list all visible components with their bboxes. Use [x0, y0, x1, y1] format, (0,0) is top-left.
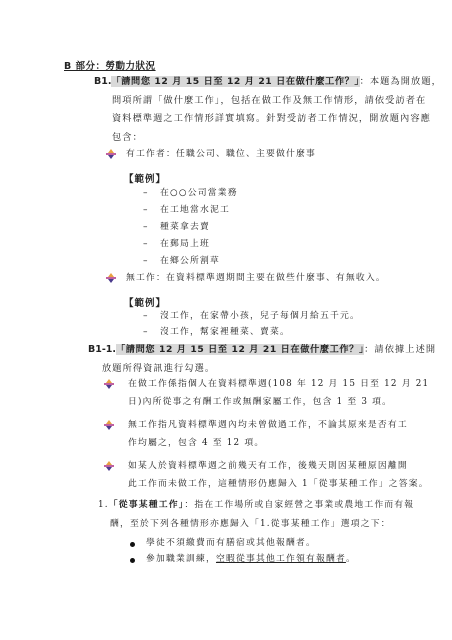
b1-question: 「請問您 12 月 15 日至 12 月 21 日在做什麼工作？」 [111, 76, 359, 87]
b1-1-paragraph: B1-1.「請問您 12 月 15 日至 12 月 21 日在做什麼工作？」：請… [88, 341, 408, 378]
b1-1-item-line: 作均屬之，包含 4 至 12 項。 [128, 435, 264, 451]
b1-1-item-line: 無工作指凡資料標準週內均未曾做過工作，不論其原來是否有工 [128, 417, 408, 433]
item1-number: 1. [98, 500, 109, 510]
dash-icon: – [143, 256, 148, 266]
b1-line1-rest: ：本題為開放題， [360, 76, 442, 87]
dash-icon: – [143, 188, 148, 198]
item1-line1: 1.「從事某種工作」：指在工作場所或自家經營之事業或農地工作而有報 [98, 497, 414, 513]
item1-bullet-plain: 參加職業訓練， [146, 554, 216, 564]
b1-line2: 問項所謂「做什麼工作」，包括在做工作及無工作情形，請依受訪者在 [94, 92, 394, 111]
item1-line2: 酬，至於下列各種情形亦應歸入「1.從事某種工作」選項之下： [110, 516, 391, 532]
b1-number: B1. [94, 76, 111, 87]
b1-line4: 包含： [94, 129, 394, 148]
item1-term: 「從事某種工作」 [109, 500, 185, 510]
dash-icon: – [143, 205, 148, 215]
example-item: 在郵局上班 [160, 236, 210, 252]
no-work-text: 無工作：在資料標準週期間主要在做些什麼事、有無收入。 [126, 270, 386, 286]
item1-bullet: 參加職業訓練，空暇從事其他工作領有報酬者。 [146, 551, 356, 567]
b1-1-question: 「請問您 12 月 15 日至 12 月 21 日在做什麼工作？」 [116, 344, 364, 355]
b1-1-item-line: 在做工作係指個人在資料標準週(108 年 12 月 15 日至 12 月 21 [128, 376, 429, 392]
no-work-example-label: 【範例】 [124, 295, 166, 309]
b1-paragraph: B1.「請問您 12 月 15 日至 12 月 21 日在做什麼工作？」：本題為… [94, 73, 394, 147]
b1-1-line1-rest: ：請依據上述開 [364, 344, 436, 355]
document-page: B 部分：勞動力狀況 B1.「請問您 12 月 15 日至 12 月 21 日在… [0, 0, 452, 640]
has-work-example-label: 【範例】 [124, 171, 166, 185]
arrow-bullet-icon [104, 461, 114, 471]
dash-icon: – [143, 222, 148, 232]
b1-1-item-line: 如某人於資料標準週之前幾天有工作，後幾天則因某種原因離開 [128, 458, 408, 474]
has-work-text: 有工作者：任職公司、職位、主要做什麼事 [126, 146, 316, 162]
arrow-bullet-icon [104, 379, 114, 389]
example-item: 種菜拿去賣 [160, 219, 210, 235]
dash-icon: – [143, 311, 148, 321]
item1-bullet-tail: 。 [346, 554, 356, 564]
item1-line1-rest: ：指在工作場所或自家經營之事業或農地工作而有報 [184, 500, 414, 510]
bullet-dot-icon [130, 558, 135, 563]
b1-1-number: B1-1. [88, 344, 116, 355]
bullet-dot-icon [130, 542, 135, 547]
b1-1-item-line: 日)內所從事之有酬工作或無酬家屬工作，包含 1 至 3 項。 [128, 394, 392, 410]
example-item: 在工地當水泥工 [160, 202, 230, 218]
item1-bullet: 學徒不須繳費而有膳宿或其他報酬者。 [146, 535, 316, 551]
b1-1-item-line: 此工作而未做工作，這種情形仍應歸入 1「從事某種工作」之答案。 [128, 476, 429, 492]
dash-icon: – [143, 239, 148, 249]
section-title: B 部分：勞動力狀況 [64, 58, 156, 72]
example-item: 沒工作，幫家裡種菜、賣菜。 [160, 324, 290, 340]
example-item: 沒工作，在家帶小孩，兒子每個月給五千元。 [160, 308, 360, 324]
example-item: 在○○公司當業務 [160, 185, 238, 201]
arrow-bullet-icon [106, 149, 116, 159]
arrow-bullet-icon [104, 420, 114, 430]
arrow-bullet-icon [106, 273, 116, 283]
b1-line3: 資料標準週之工作情形詳實填寫。針對受訪者工作情況，開放題內容應 [94, 110, 394, 129]
example-item: 在鄉公所割草 [160, 253, 220, 269]
item1-bullet-underlined: 空暇從事其他工作領有報酬者 [216, 554, 346, 564]
dash-icon: – [143, 327, 148, 337]
